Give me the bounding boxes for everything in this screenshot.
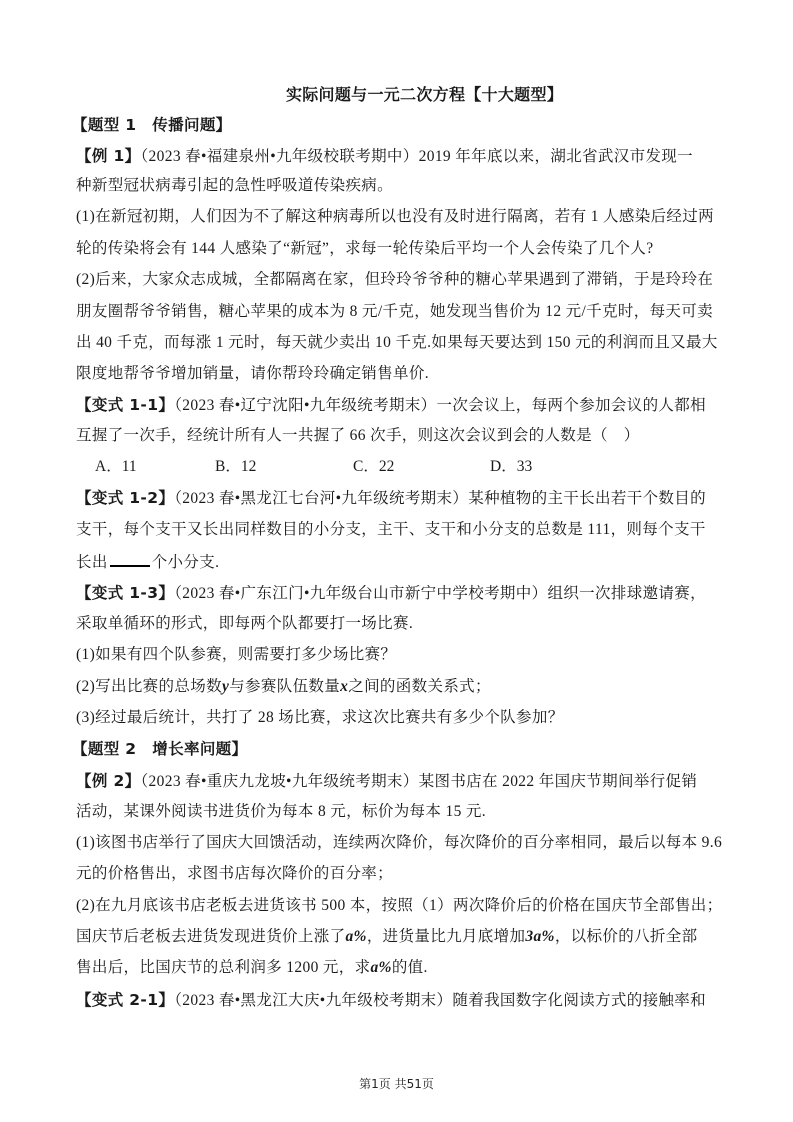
line3-before: 长出 (76, 554, 108, 571)
option-a: A．11 (95, 457, 137, 477)
q2-line2-text-b: ，进货量比九月底增加 (367, 928, 526, 945)
example-1-tag: 【例 1】 (76, 147, 140, 165)
q2-line3-text-a: 售出后，比国庆节的总利润多 1200 元，求 (76, 959, 370, 976)
example-1-q2-line3: 出 40 千克，而每涨 1 元时，每天就少卖出 10 千克.如果每天要达到 15… (76, 333, 716, 353)
q2-text-b: 与参赛队伍数量 (229, 678, 340, 695)
variant-1-3-header: 【变式 1-3】（2023 春•广东江门•九年级台山市新宁中学校考期中）组织一次… (76, 583, 716, 604)
example-1-q1-line2: 轮的传染将会有 144 人感染了“新冠”，求每一轮传染后平均一个人会传染了几个人… (76, 239, 716, 259)
example-1-q2-line4: 限度地帮爷爷增加销量，请你帮玲玲确定销售单价. (76, 364, 716, 384)
option-d: D．33 (490, 457, 532, 477)
variant-1-3-q1: (1)如果有四个队参赛，则需要打多少场比赛？ (76, 645, 716, 665)
example-2-tag: 【例 2】 (76, 772, 140, 790)
math-a-percent: a% (345, 928, 366, 945)
math-a-percent: a% (370, 959, 391, 976)
variant-1-2-source: （2023 春•黑龙江七台河•九年级统考期末）某种植物的主干长出若干个数目的 (174, 490, 706, 507)
q2-line2-text-c: ，以标价的八折全部 (555, 928, 698, 945)
variant-1-1-tag: 【变式 1-1】 (76, 396, 174, 414)
example-2-source: （2023 春•重庆九龙坡•九年级统考期末）某图书店在 2022 年国庆节期间举… (140, 773, 697, 790)
variant-1-3-tag: 【变式 1-3】 (76, 584, 174, 602)
section-heading-1: 【题型 1 传播问题】 (72, 115, 712, 135)
q2-text-a: (2)写出比赛的总场数 (76, 678, 222, 695)
example-2-q2-line3: 售出后，比国庆节的总利润多 1200 元，求a%的值. (76, 958, 716, 978)
page-footer: 第1页 共51页 (0, 1075, 793, 1092)
variant-1-2-header: 【变式 1-2】（2023 春•黑龙江七台河•九年级统考期末）某种植物的主干长出… (76, 488, 716, 509)
example-2-q1-line1: (1)该图书店举行了国庆大回馈活动，连续两次降价，每次降价的百分率相同，最后以每… (76, 833, 716, 853)
variant-1-2-line3: 长出个小分支. (76, 551, 716, 573)
section-heading-2: 【题型 2 增长率问题】 (72, 739, 712, 759)
q2-line3-text-b: 的值. (392, 959, 428, 976)
example-2-q1-line2: 元的价格售出，求图书店每次降价的百分率； (76, 864, 716, 884)
variant-1-3-q3: (3)经过最后统计，共打了 28 场比赛，求这次比赛共有多少个队参加？ (76, 708, 716, 728)
example-1-header: 【例 1】（2023 春•福建泉州•九年级校联考期中）2019 年年底以来，湖北… (76, 146, 716, 167)
variant-1-2-tag: 【变式 1-2】 (76, 489, 174, 507)
example-2-header: 【例 2】（2023 春•重庆九龙坡•九年级统考期末）某图书店在 2022 年国… (76, 771, 716, 792)
line3-after: 个小分支. (152, 554, 220, 571)
option-c: C．22 (353, 457, 394, 477)
option-b: B．12 (215, 457, 256, 477)
variant-2-1-header: 【变式 2-1】（2023 春•黑龙江大庆•九年级校考期末）随着我国数字化阅读方… (76, 990, 716, 1011)
example-1-q2-line2: 朋友圈帮爷爷销售，糖心苹果的成本为 8 元/千克，她发现当售价为 12 元/千克… (76, 302, 716, 322)
answer-blank (110, 551, 150, 567)
document-page: 实际问题与一元二次方程【十大题型】 【题型 1 传播问题】 【例 1】（2023… (0, 0, 793, 1122)
example-1-source: （2023 春•福建泉州•九年级校联考期中）2019 年年底以来，湖北省武汉市发… (140, 148, 693, 165)
document-title: 实际问题与一元二次方程【十大题型】 (0, 82, 793, 105)
q2-text-c: 之间的函数关系式； (348, 678, 491, 695)
variant-1-3-q2: (2)写出比赛的总场数y与参赛队伍数量x之间的函数关系式； (76, 677, 716, 697)
variant-1-3-line2: 采取单循环的形式，即每两个队都要打一场比赛. (76, 614, 716, 634)
example-2-line2: 活动，某课外阅读书进货价为每本 8 元，标价为每本 15 元. (76, 802, 716, 822)
variant-1-2-line2: 支干，每个支干又长出同样数目的小分支，主干、支干和小分支的总数是 111，则每个… (76, 520, 716, 540)
variant-1-1-source: （2023 春•辽宁沈阳•九年级统考期末）一次会议上，每两个参加会议的人都相 (174, 397, 706, 414)
math-3a-percent: 3a% (525, 928, 554, 945)
q2-line2-text-a: 国庆节后老板去进货发现进货价上涨了 (76, 928, 345, 945)
variant-1-3-source: （2023 春•广东江门•九年级台山市新宁中学校考期中）组织一次排球邀请赛， (174, 585, 706, 602)
example-2-q2-line2: 国庆节后老板去进货发现进货价上涨了a%，进货量比九月底增加3a%，以标价的八折全… (76, 927, 716, 947)
example-1-q2-line1: (2)后来，大家众志成城，全都隔离在家，但玲玲爷爷种的糖心苹果遇到了滞销，于是玲… (76, 270, 716, 290)
variant-1-1-line2: 互握了一次手，经统计所有人一共握了 66 次手，则这次会议到会的人数是（ ） (76, 426, 716, 446)
example-1-line2: 种新型冠状病毒引起的急性呼吸道传染疾病。 (76, 176, 716, 196)
variant-2-1-source: （2023 春•黑龙江大庆•九年级校考期末）随着我国数字化阅读方式的接触率和 (174, 992, 706, 1009)
example-1-q1-line1: (1)在新冠初期，人们因为不了解这种病毒所以也没有及时进行隔离，若有 1 人感染… (76, 207, 716, 227)
variant-2-1-tag: 【变式 2-1】 (76, 991, 174, 1009)
variant-1-1-header: 【变式 1-1】（2023 春•辽宁沈阳•九年级统考期末）一次会议上，每两个参加… (76, 395, 716, 416)
example-2-q2-line1: (2)在九月底该书店老板去进货该书 500 本，按照（1）两次降价后的价格在国庆… (76, 896, 716, 916)
